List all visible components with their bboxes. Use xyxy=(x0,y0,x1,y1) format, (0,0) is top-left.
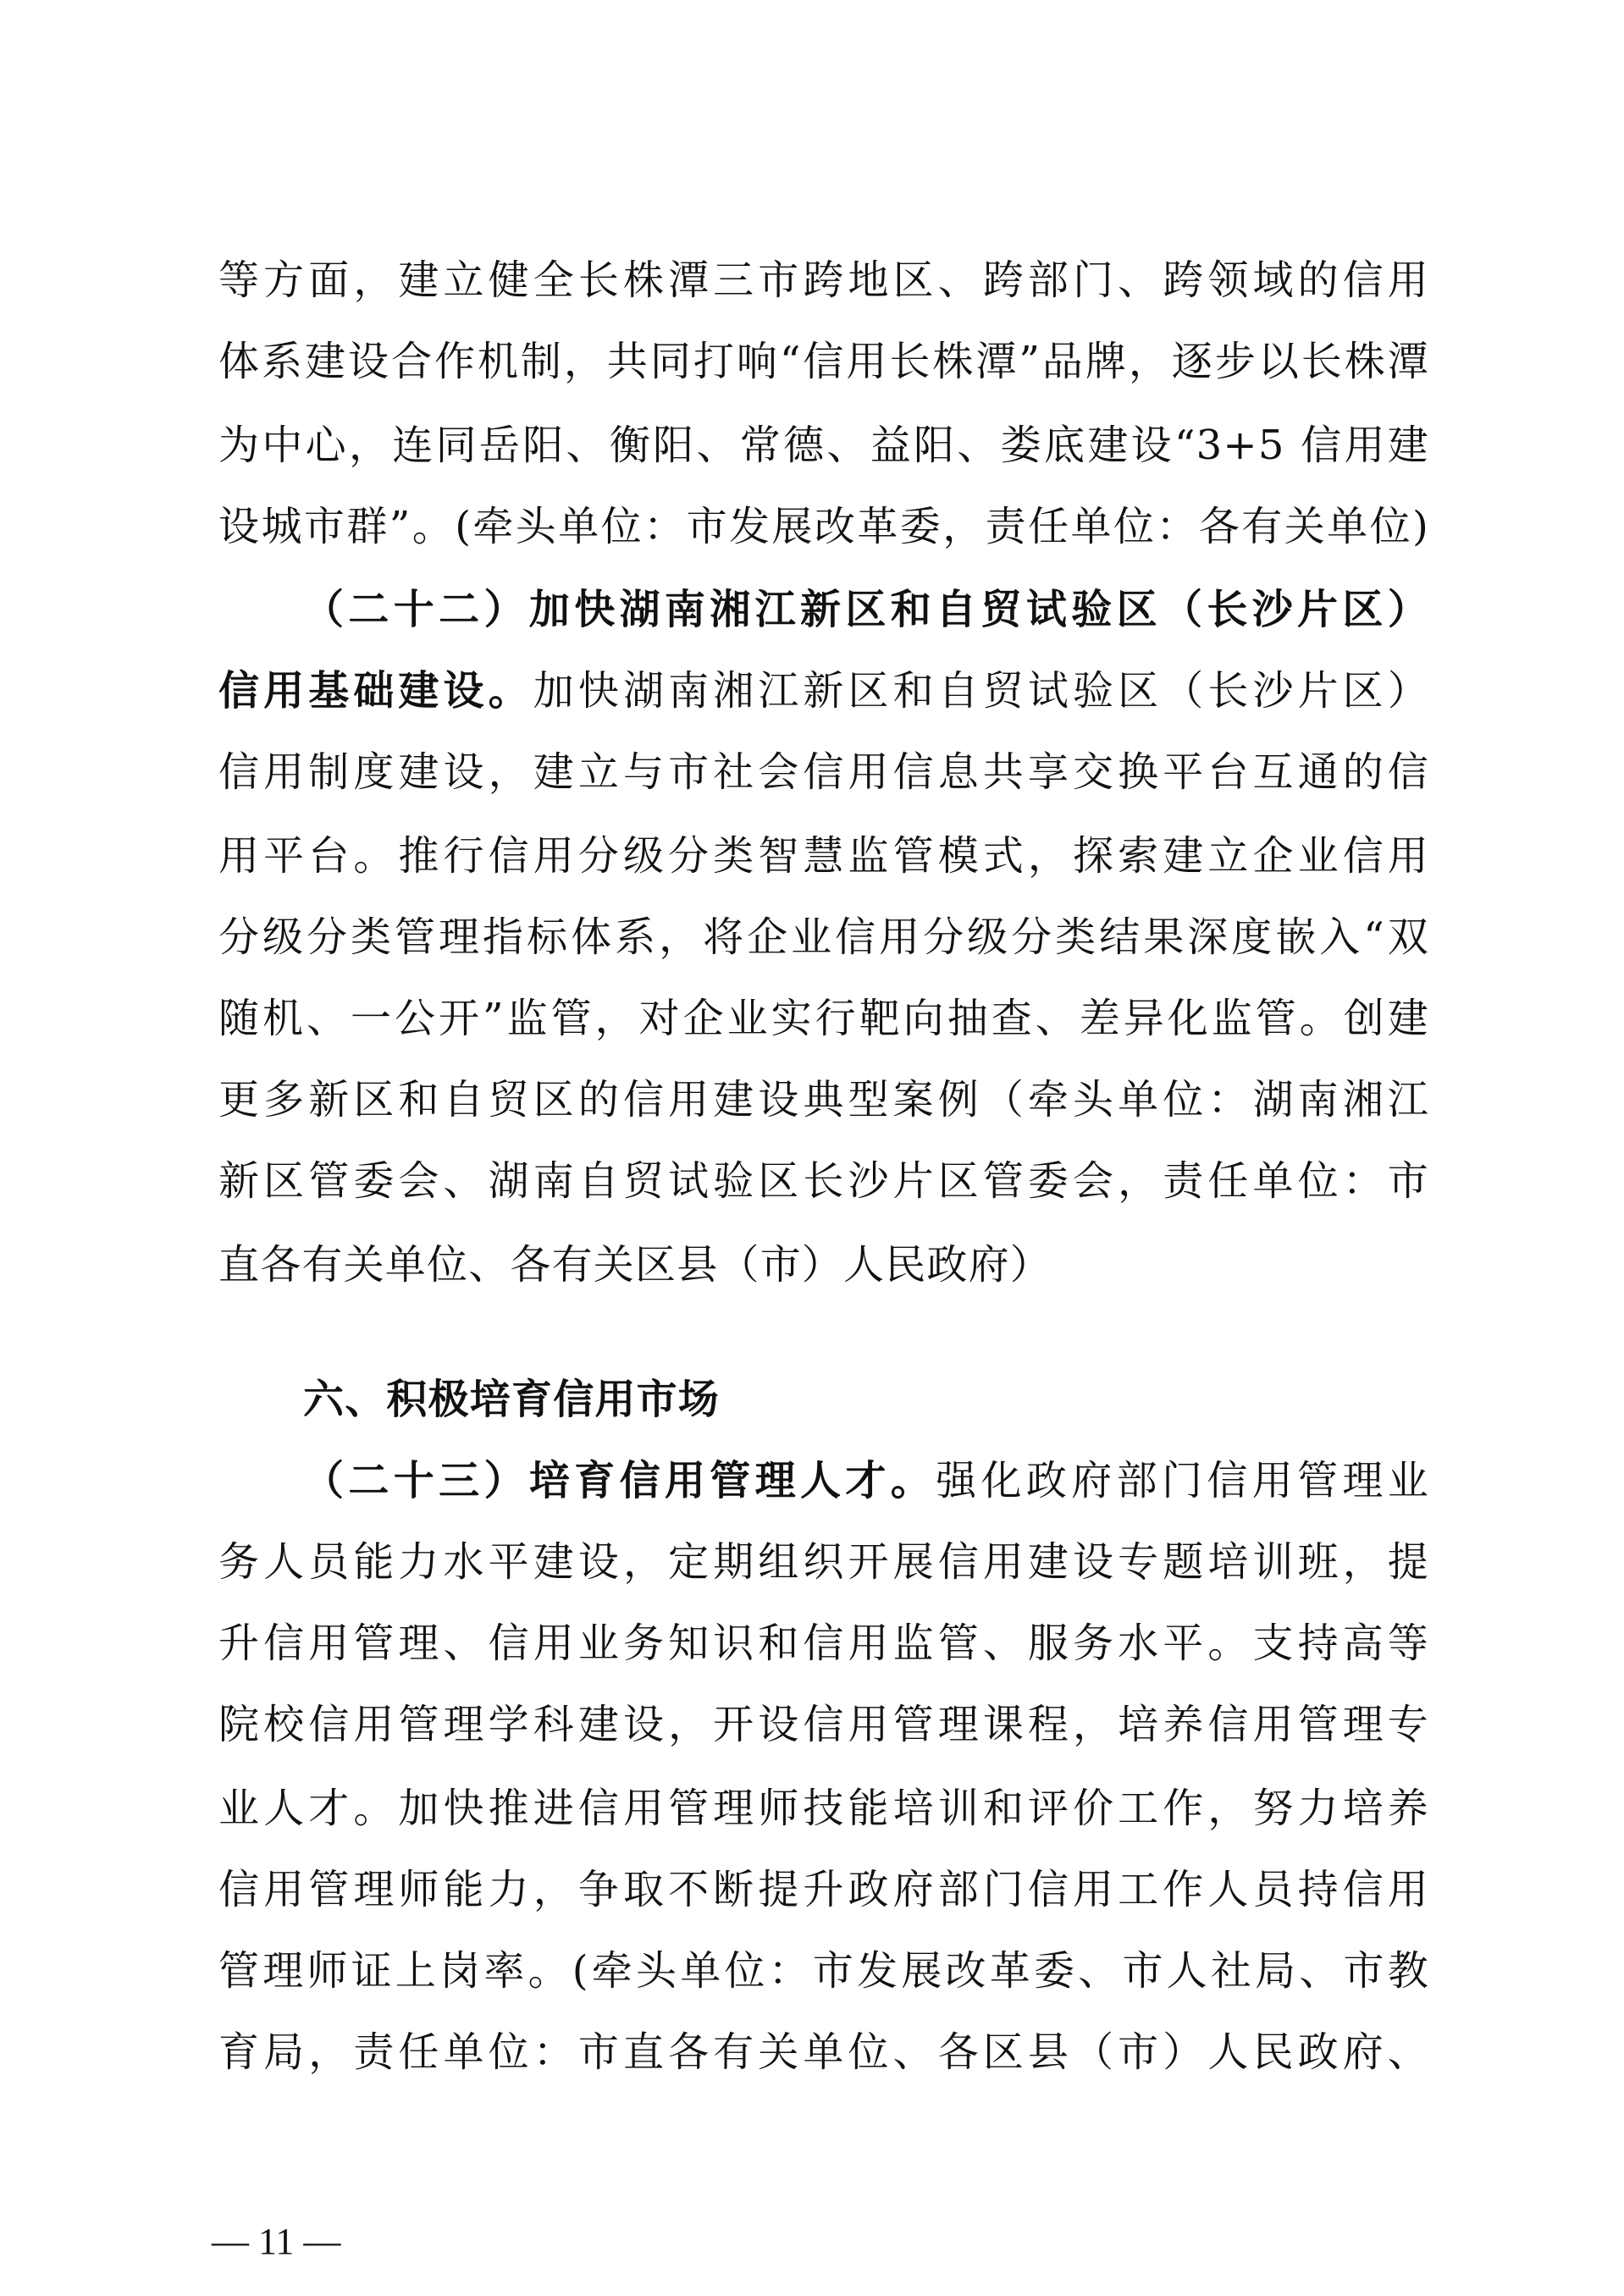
text-run: 强化政府部门信用管理业 xyxy=(936,1457,1429,1504)
item-heading: （二十二）加快湖南湘江新区和自贸试验区（长沙片区） xyxy=(303,570,1429,649)
text-line: 务人员能力水平建设，定期组织开展信用建设专题培训班，提 xyxy=(218,1522,1429,1602)
section-heading: 六、积极培育信用市场 xyxy=(303,1360,1514,1439)
text-line: （二十三）培育信用管理人才。强化政府部门信用管理业 xyxy=(303,1441,1429,1521)
text-line: 信用基础建设。加快湖南湘江新区和自贸试验区（长沙片区） xyxy=(218,651,1429,731)
page-number: — 11 — xyxy=(212,2218,340,2266)
text-line: 为中心，连同岳阳、衡阳、常德、益阳、娄底建设“3+5 信用建 xyxy=(218,406,1429,485)
text-line: 随机、一公开”监管，对企业实行靶向抽查、差异化监管。创建 xyxy=(218,979,1429,1058)
text-line: 升信用管理、信用业务知识和信用监管、服务水平。支持高等 xyxy=(218,1603,1429,1683)
text-line: 用平台。推行信用分级分类智慧监管模式，探索建立企业信用 xyxy=(218,816,1429,896)
text-line: 业人才。加快推进信用管理师技能培训和评价工作，努力培养 xyxy=(218,1769,1429,1848)
item-heading-bold: 信用基础建设。 xyxy=(218,667,533,715)
text-run: 加快湖南湘江新区和自贸试验区（长沙片区） xyxy=(533,667,1429,715)
text-line: 管理师证上岗率。(牵头单位：市发展改革委、市人社局、市教 xyxy=(218,1931,1429,2011)
text-line: 更多新区和自贸区的信用建设典型案例（牵头单位：湖南湘江 xyxy=(218,1060,1429,1140)
text-line: 信用制度建设，建立与市社会信用信息共享交换平台互通的信 xyxy=(218,732,1429,812)
text-line: 分级分类管理指标体系，将企业信用分级分类结果深度嵌入“双 xyxy=(218,897,1429,977)
text-line: 直各有关单位、各有关区县（市）人民政府） xyxy=(218,1225,1429,1305)
text-line: 信用管理师能力，争取不断提升政府部门信用工作人员持信用 xyxy=(218,1850,1429,1929)
text-line: 设城市群”。(牵头单位：市发展改革委，责任单位：各有关单位) xyxy=(218,487,1429,566)
text-line: 院校信用管理学科建设，开设信用管理课程，培养信用管理专 xyxy=(218,1685,1429,1764)
text-line: 体系建设合作机制，共同打响“信用长株潭”品牌，逐步以长株潭 xyxy=(218,322,1429,401)
text-line: 育局，责任单位：市直各有关单位、各区县（市）人民政府、 xyxy=(218,2012,1429,2092)
text-line: 等方面，建立健全长株潭三市跨地区、跨部门、跨领域的信用 xyxy=(218,240,1429,320)
text-line: 新区管委会、湖南自贸试验区长沙片区管委会，责任单位：市 xyxy=(218,1141,1429,1221)
item-heading-bold: （二十三）培育信用管理人才。 xyxy=(303,1457,936,1504)
